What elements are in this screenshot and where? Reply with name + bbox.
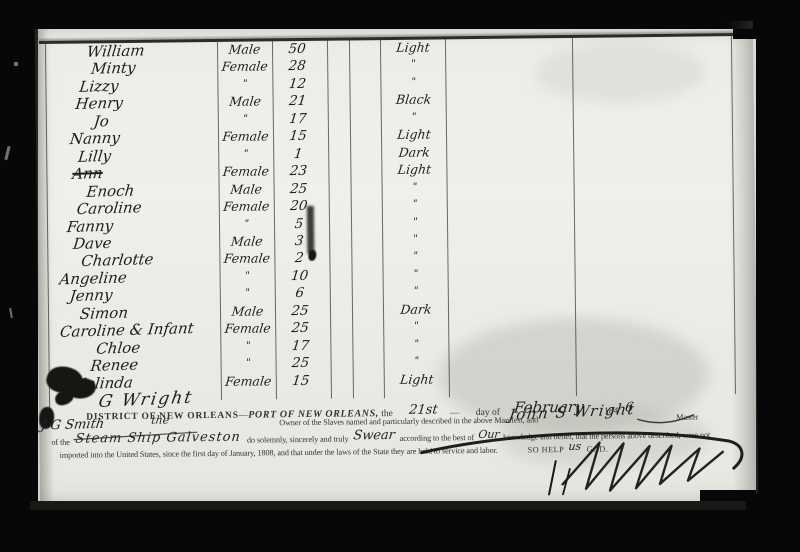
so-help-label: SO HELP: [528, 445, 565, 454]
age-value: 23: [272, 162, 324, 181]
us-handwritten: us: [568, 440, 582, 453]
person-name: Jo: [93, 112, 110, 130]
age-value: 2: [273, 249, 325, 268]
master-label: Master: [676, 413, 698, 422]
person-name: Angeline: [59, 268, 128, 288]
dash: —: [239, 411, 249, 421]
of-the-label: of the: [51, 438, 69, 447]
person-name: Enoch: [86, 181, 136, 200]
complexion-value: ": [383, 352, 451, 371]
age-value: 25: [274, 319, 326, 338]
person-name: Jenny: [69, 286, 114, 305]
sex-value: Male: [218, 232, 275, 251]
sex-value: Female: [220, 372, 277, 391]
age-value: 28: [271, 57, 323, 76]
sex-value: Female: [217, 162, 274, 181]
age-value: 10: [274, 267, 326, 286]
god-label: GOD.: [587, 445, 609, 454]
our-handwritten: Our: [477, 428, 500, 441]
age-value: 17: [274, 336, 326, 355]
age-value: 15: [275, 371, 327, 390]
person-name: Caroline: [76, 198, 143, 218]
complexion-value: ": [382, 318, 450, 337]
ink-smudge: [307, 206, 315, 254]
age-value: 3: [273, 232, 325, 251]
vessel-handwritten: Steam Ship Galveston: [75, 430, 242, 447]
scan-scratch: [9, 308, 13, 318]
sex-value: Male: [219, 302, 276, 321]
person-name: Minty: [90, 59, 136, 78]
sex-value: Male: [217, 93, 274, 112]
complexion-value: ": [380, 108, 448, 127]
complexion-value: ": [381, 195, 449, 214]
complexion-value: ": [381, 248, 449, 267]
person-name: Lizzy: [78, 77, 119, 96]
person-name: William: [86, 41, 146, 61]
manifest-table: William Male 50 Light Minty Female 28 " …: [35, 35, 757, 403]
swear-handwritten: Swear: [353, 428, 396, 443]
age-value: 1: [272, 144, 324, 163]
sex-value: ": [216, 75, 273, 94]
person-name: Dave: [72, 234, 112, 253]
complexion-value: Light: [379, 38, 447, 57]
age-value: 25: [274, 301, 326, 320]
age-value: 15: [272, 127, 324, 146]
sex-value: Female: [217, 128, 274, 147]
age-value: 12: [271, 75, 323, 94]
complexion-value: Dark: [382, 300, 450, 319]
annotation-left-name: J G Smith: [40, 417, 105, 434]
document-paper: William Male 50 Light Minty Female 28 " …: [38, 29, 756, 501]
oath-mid2: according to the best of: [400, 433, 475, 443]
annotation-small-word: the: [151, 414, 170, 427]
scanned-manifest-page: William Male 50 Light Minty Female 28 " …: [0, 0, 800, 552]
complexion-value: ": [382, 335, 450, 354]
age-value: 25: [273, 179, 325, 198]
scan-scratch: [14, 62, 18, 66]
complexion-value: ": [381, 230, 449, 249]
oath-mid1: do solemnly, sincerely and truly: [247, 434, 349, 444]
person-name: Renee: [90, 356, 140, 375]
complexion-value: ": [381, 178, 449, 197]
document-content: William Male 50 Light Minty Female 28 " …: [35, 21, 758, 501]
sex-value: Female: [218, 250, 275, 269]
age-value: 6: [274, 284, 326, 303]
sex-value: ": [219, 267, 276, 286]
person-name: Lilly: [77, 147, 112, 166]
day-handwritten: 21st: [408, 402, 438, 417]
complexion-value: Light: [380, 160, 448, 179]
sex-value: ": [220, 354, 277, 373]
sex-value: Male: [216, 40, 273, 59]
scan-bottom-strip: [30, 501, 746, 510]
sex-value: Female: [219, 319, 276, 338]
imported-text: imported into the United States, since t…: [60, 446, 498, 460]
scan-scratch: [4, 146, 10, 160]
age-value: 5: [273, 214, 325, 233]
sex-value: ": [217, 145, 274, 164]
owner-line: Owner of the Slaves named and particular…: [279, 415, 538, 427]
complexion-value: ": [382, 265, 450, 284]
sex-value: ": [219, 285, 276, 304]
complexion-value: Black: [380, 91, 448, 110]
person-name: Chloe: [95, 338, 141, 357]
sex-value: ": [217, 110, 274, 129]
person-name: Simon: [79, 303, 129, 322]
age-value: 50: [271, 40, 323, 59]
complexion-value: ": [379, 73, 447, 92]
person-name: Henry: [75, 94, 124, 113]
sex-value: Male: [218, 180, 275, 199]
complexion-value: ": [382, 283, 450, 302]
age-value: 21: [272, 92, 324, 111]
scan-border-patch: [733, 29, 756, 39]
sex-value: ": [218, 215, 275, 234]
age-value: 25: [275, 354, 327, 373]
complexion-value: ": [379, 56, 447, 75]
complexion-value: Dark: [380, 143, 448, 162]
person-name: Charlotte: [80, 250, 154, 270]
sex-value: ": [219, 337, 276, 356]
complexion-value: Light: [380, 126, 448, 145]
sex-value: Female: [218, 197, 275, 216]
complexion-value: ": [381, 213, 449, 232]
age-value: 20: [273, 197, 325, 216]
oath-end: knowledge and belief, that the persons a…: [503, 430, 710, 441]
age-value: 17: [272, 110, 324, 129]
sex-value: Female: [216, 58, 273, 77]
complexion-value: Light: [383, 370, 451, 389]
person-name: Nanny: [69, 129, 121, 148]
person-name: Ann: [71, 164, 103, 183]
person-name: Fanny: [66, 216, 114, 235]
